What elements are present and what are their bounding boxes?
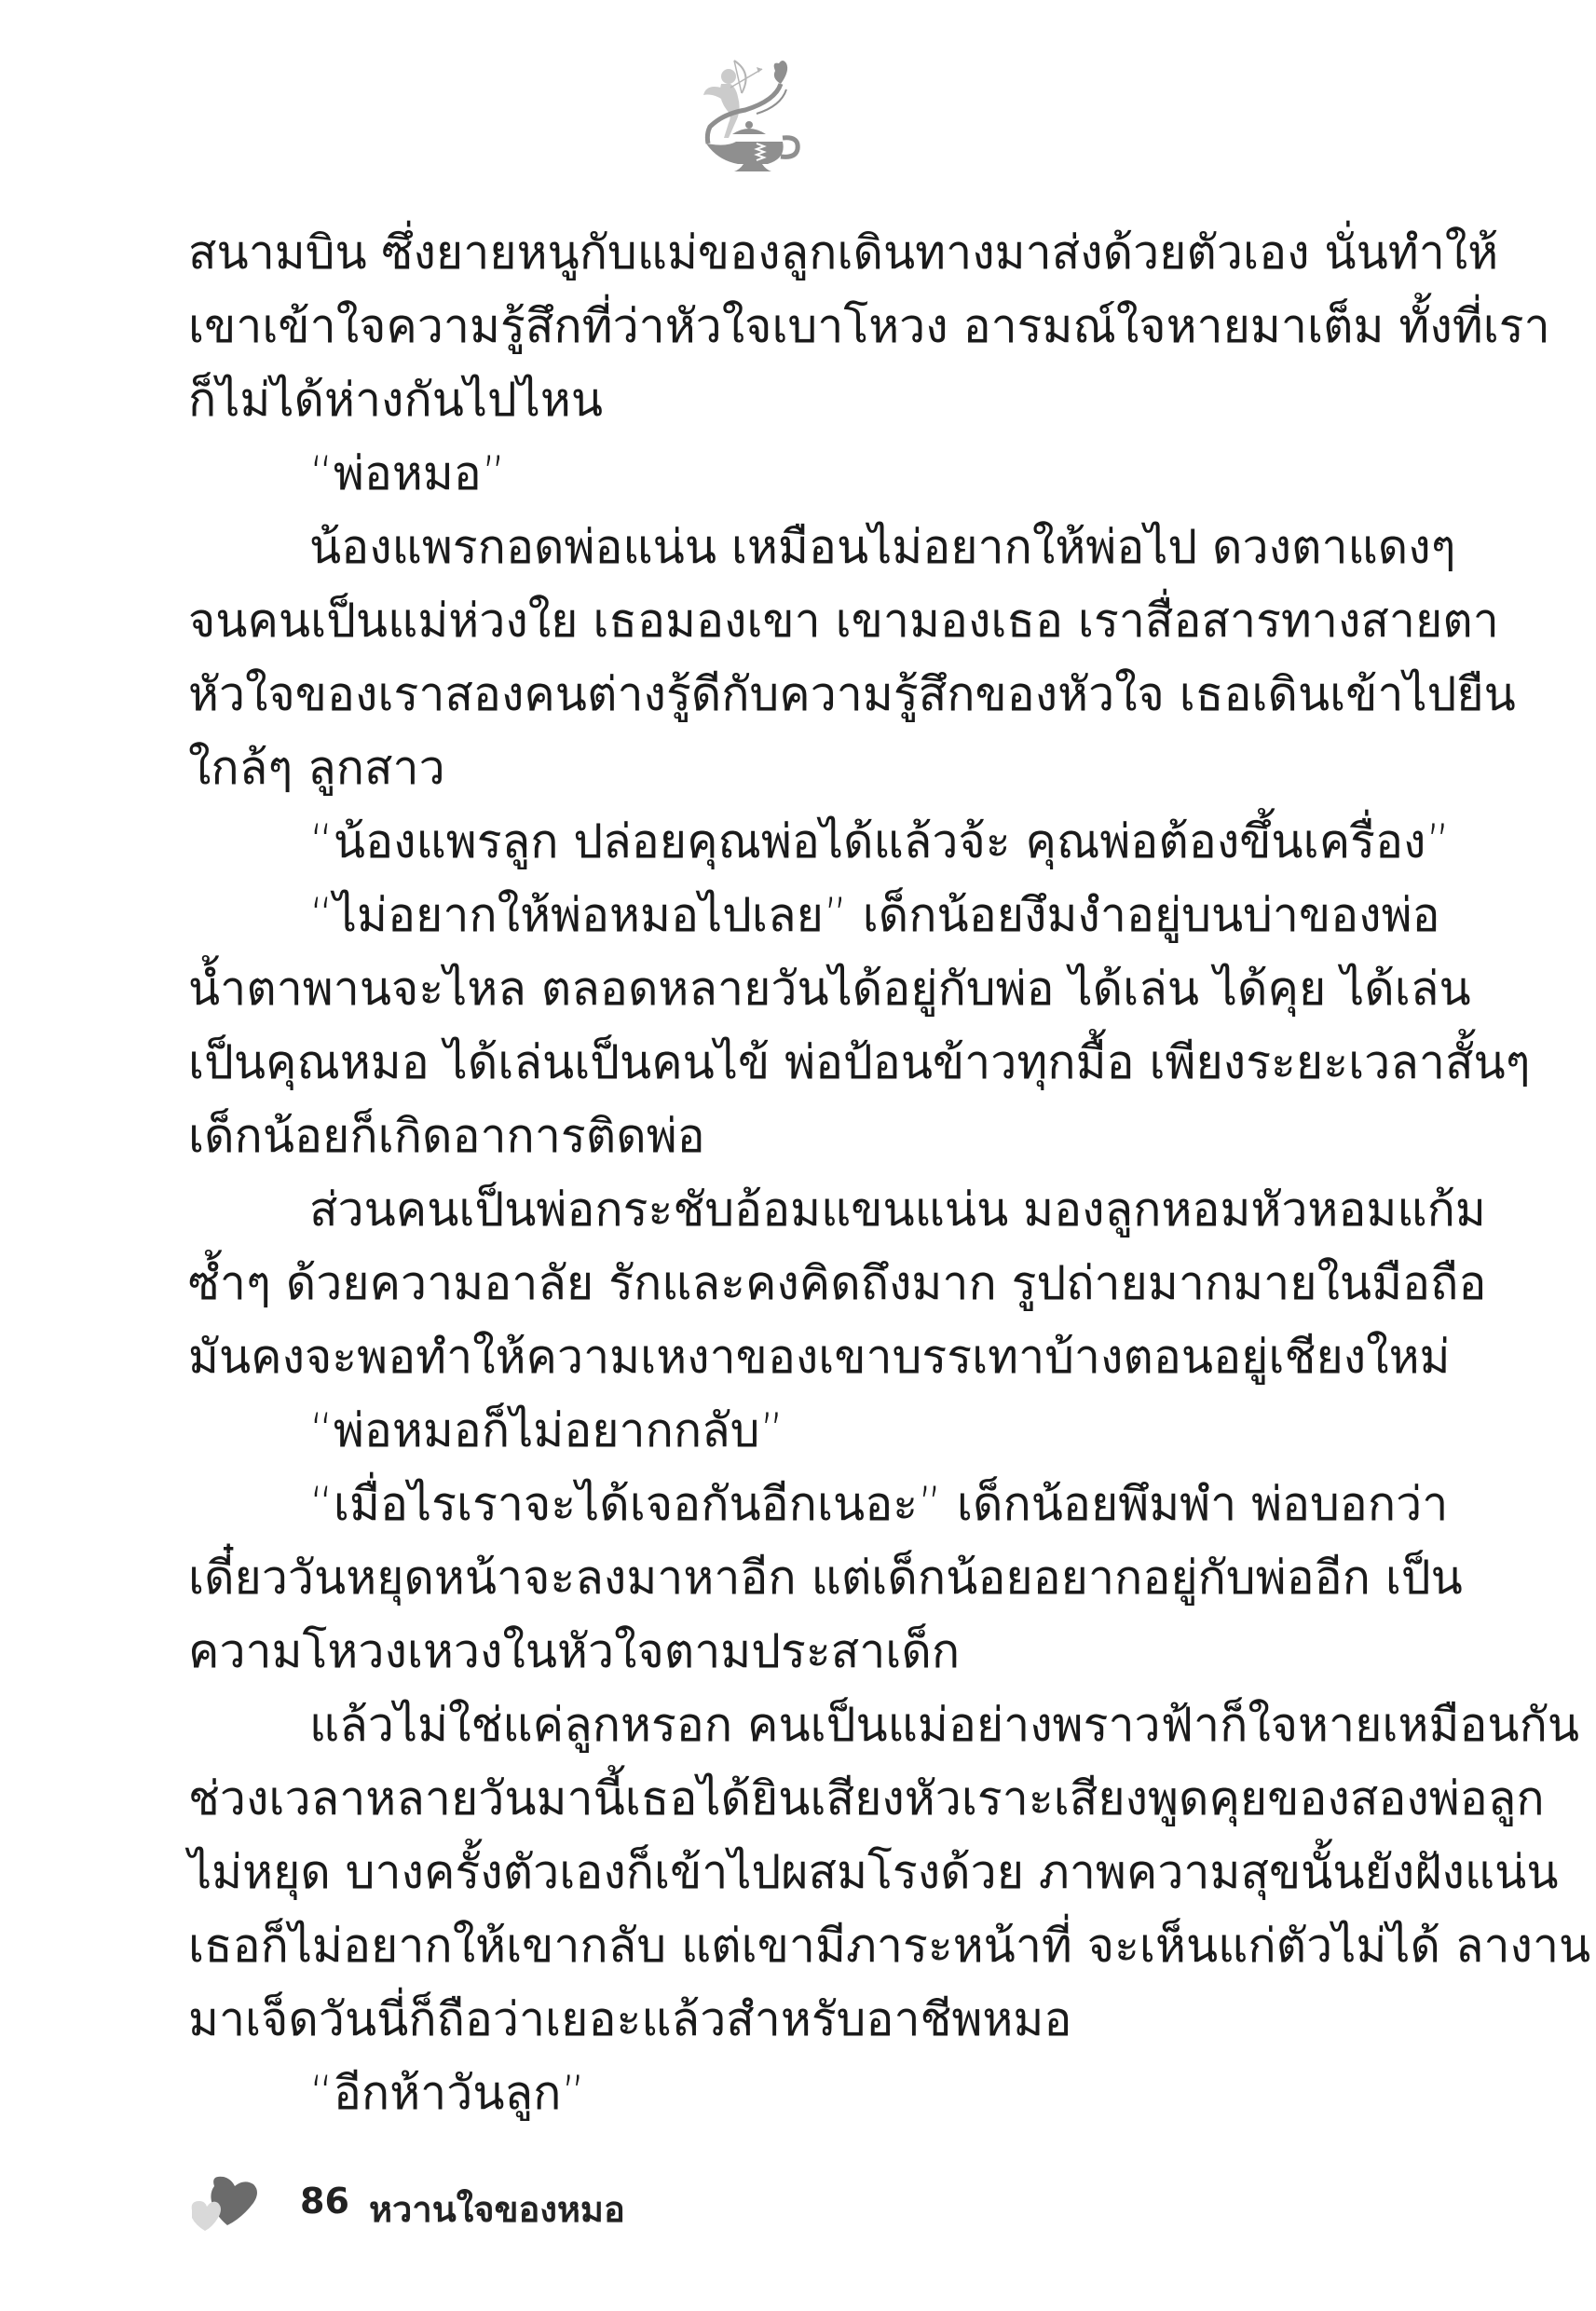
paragraph-start-line: ส่วนคนเป็นพ่อกระชับอ้อมแขนแน่น มองลูกหอม… (188, 1173, 1318, 1247)
dialogue-line: “พ่อหมอก็ไม่อยากกลับ” (188, 1394, 1318, 1468)
book-title: หวานใจของหมอ (369, 2181, 625, 2237)
cupid-teapot-lamp-icon (689, 56, 811, 172)
dialogue-line: “พ่อหมอ” (188, 437, 1318, 511)
page-number: 86 (300, 2181, 349, 2222)
page-footer: 86 หวานใจของหมอ (186, 2173, 1025, 2238)
hearts-icon (186, 2173, 261, 2235)
paragraph-start-line: แล้วไม่ใช่แค่ลูกหรอก คนเป็นแม่อย่างพราวฟ… (188, 1689, 1318, 1762)
text-line: เดี๋ยววันหยุดหน้าจะลงมาหาอีก แต่เด็กน้อย… (188, 1541, 1318, 1615)
dialogue-line: “น้องแพรลูก ปล่อยคุณพ่อได้แล้วจ้ะ คุณพ่อ… (188, 805, 1318, 879)
body-text: สนามบิน ซึ่งยายหนูกับแม่ของลูกเดินทางมาส… (188, 216, 1318, 2130)
dialogue-line: “เมื่อไรเราจะได้เจอกันอีกเนอะ” เด็กน้อยพ… (188, 1468, 1318, 1541)
text-line: มันคงจะพอทำให้ความเหงาของเขาบรรเทาบ้างตอ… (188, 1320, 1318, 1394)
text-line: เธอก็ไม่อยากให้เขากลับ แต่เขามีภาระหน้าท… (188, 1909, 1318, 1983)
text-line: น้ำตาพานจะไหล ตลอดหลายวันได้อยู่กับพ่อ ไ… (188, 952, 1318, 1026)
text-line: ช่วงเวลาหลายวันมานี้เธอได้ยินเสียงหัวเรา… (188, 1762, 1318, 1836)
text-line: ไม่หยุด บางครั้งตัวเองก็เข้าไปผสมโรงด้วย… (188, 1836, 1318, 1909)
book-page: สนามบิน ซึ่งยายหนูกับแม่ของลูกเดินทางมาส… (0, 0, 1596, 2311)
dialogue-line: “อีกห้าวันลูก” (188, 2057, 1318, 2130)
text-line: เป็นคุณหมอ ได้เล่นเป็นคนไข้ พ่อป้อนข้าวท… (188, 1026, 1318, 1100)
dialogue-line: “ไม่อยากให้พ่อหมอไปเลย” เด็กน้อยงึมงำอยู… (188, 879, 1318, 952)
text-line: มาเจ็ดวันนี่ก็ถือว่าเยอะแล้วสำหรับอาชีพห… (188, 1983, 1318, 2057)
text-line: หัวใจของเราสองคนต่างรู้ดีกับความรู้สึกขอ… (188, 658, 1318, 732)
text-line: ใกล้ๆ ลูกสาว (188, 732, 1318, 805)
text-line: จนคนเป็นแม่ห่วงใย เธอมองเขา เขามองเธอ เร… (188, 584, 1318, 658)
paragraph-start-line: น้องแพรกอดพ่อแน่น เหมือนไม่อยากให้พ่อไป … (188, 511, 1318, 584)
text-line: เด็กน้อยก็เกิดอาการติดพ่อ (188, 1100, 1318, 1173)
text-line: ก็ไม่ได้ห่างกันไปไหน (188, 363, 1318, 437)
text-line: ความโหวงเหวงในหัวใจตามประสาเด็ก (188, 1615, 1318, 1689)
text-line: สนามบิน ซึ่งยายหนูกับแม่ของลูกเดินทางมาส… (188, 216, 1318, 290)
text-line: เขาเข้าใจความรู้สึกที่ว่าหัวใจเบาโหวง อา… (188, 290, 1318, 363)
text-line: ซ้ำๆ ด้วยความอาลัย รักและคงคิดถึงมาก รูป… (188, 1247, 1318, 1320)
